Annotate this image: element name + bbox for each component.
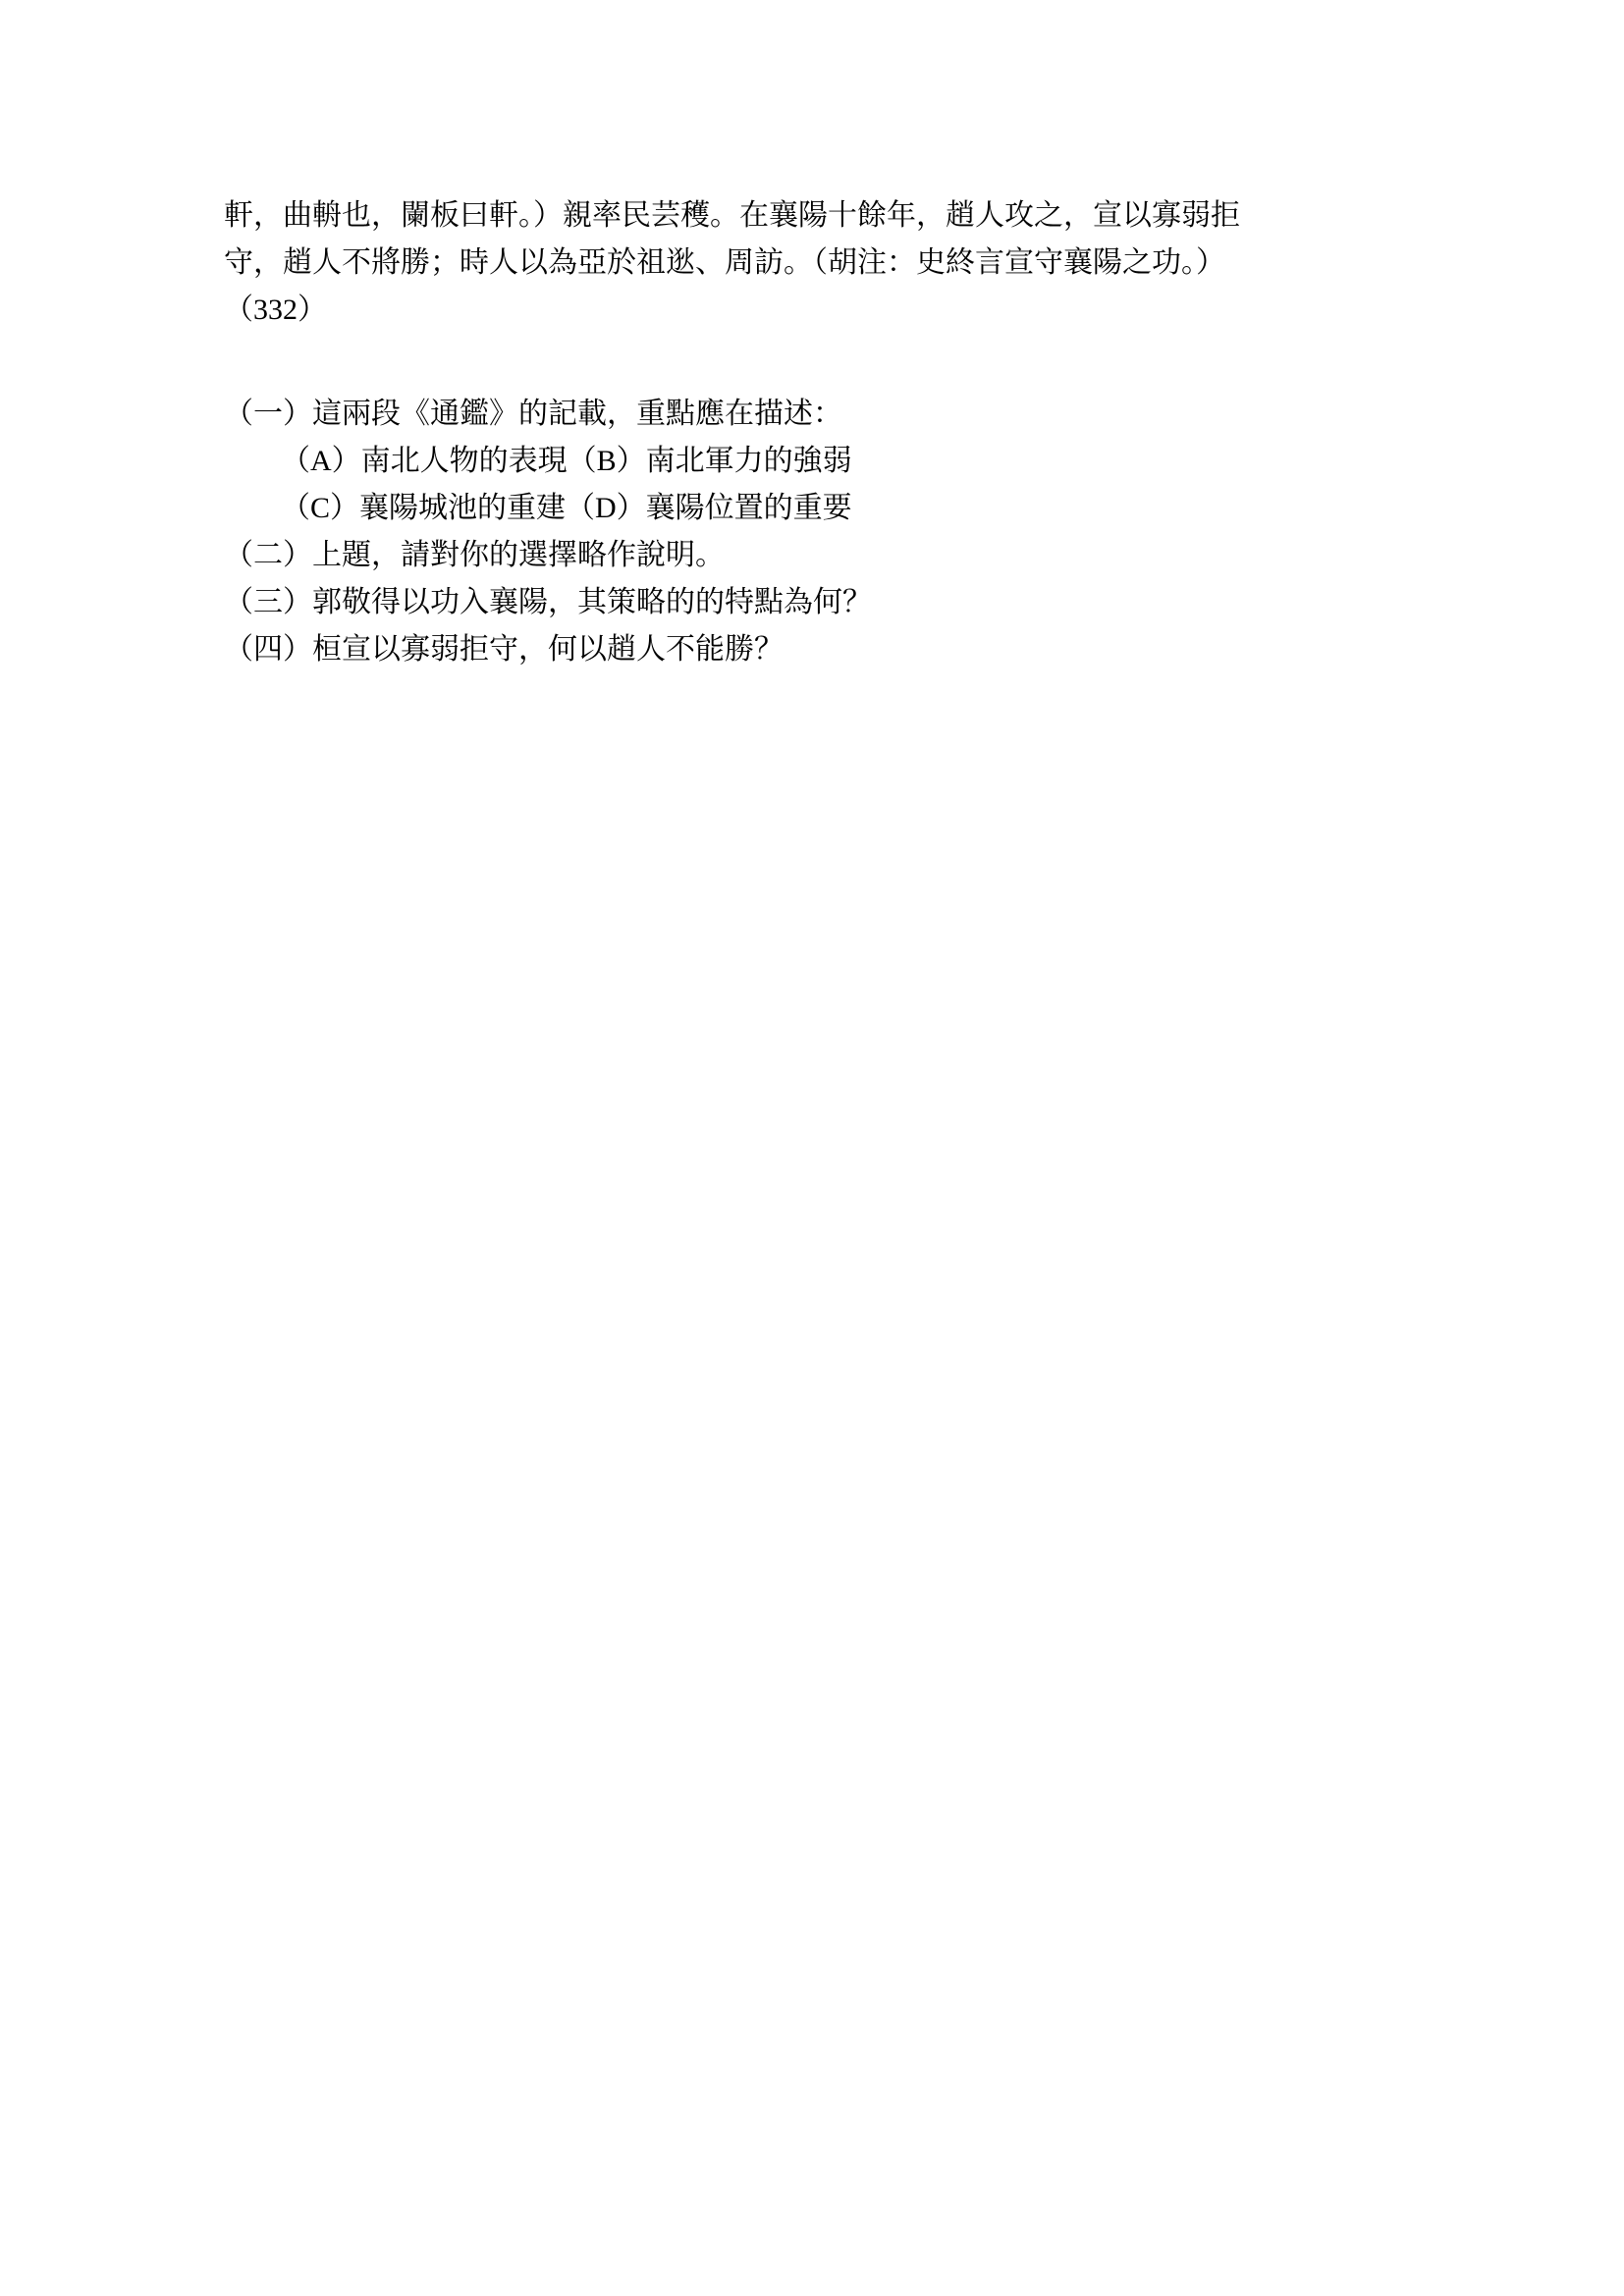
question-3: （三）郭敬得以功入襄陽，其策略的的特點為何？ <box>224 579 1402 626</box>
question-1-options-cd: （C）襄陽城池的重建（D）襄陽位置的重要 <box>224 485 1402 532</box>
question-2: （二）上題，請對你的選擇略作說明。 <box>224 532 1402 579</box>
passage-citation-number: （332） <box>224 287 1402 334</box>
question-1: （一）這兩段《通鑑》的記載，重點應在描述： <box>224 391 1402 438</box>
text-content: 軒，曲輈也，闌板曰軒。）親率民芸穫。在襄陽十餘年，趙人攻之，宣以寡弱拒 守，趙人… <box>224 192 1402 673</box>
question-1-options-ab: （A）南北人物的表現（B）南北軍力的強弱 <box>224 438 1402 485</box>
passage-line-1: 軒，曲輈也，闌板曰軒。）親率民芸穫。在襄陽十餘年，趙人攻之，宣以寡弱拒 <box>224 192 1402 240</box>
passage-block: 軒，曲輈也，闌板曰軒。）親率民芸穫。在襄陽十餘年，趙人攻之，宣以寡弱拒 守，趙人… <box>224 192 1402 334</box>
question-4: （四）桓宣以寡弱拒守，何以趙人不能勝？ <box>224 626 1402 673</box>
questions-block: （一）這兩段《通鑑》的記載，重點應在描述： （A）南北人物的表現（B）南北軍力的… <box>224 391 1402 673</box>
passage-line-2: 守，趙人不將勝；時人以為亞於祖逖、周訪。（胡注：史終言宣守襄陽之功。） <box>224 240 1402 287</box>
document-page: 軒，曲輈也，闌板曰軒。）親率民芸穫。在襄陽十餘年，趙人攻之，宣以寡弱拒 守，趙人… <box>0 0 1624 2296</box>
